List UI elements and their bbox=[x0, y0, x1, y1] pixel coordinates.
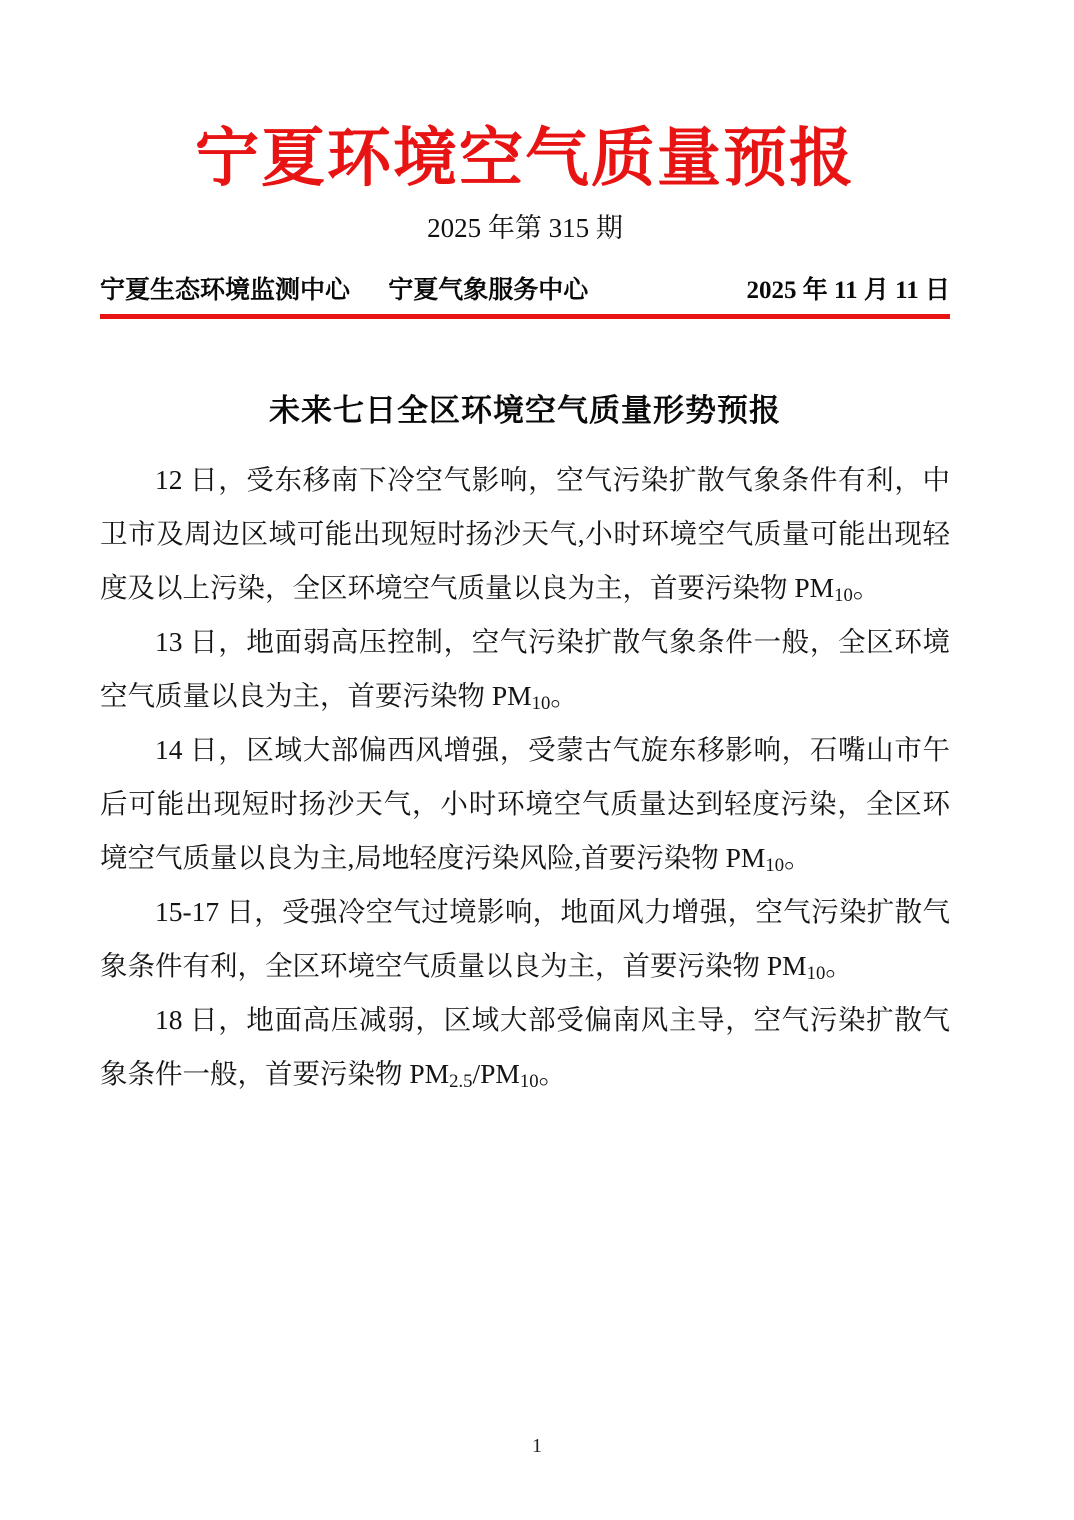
issue-number: 2025 年第 315 期 bbox=[100, 212, 950, 244]
document-title: 宁夏环境空气质量预报 bbox=[100, 122, 950, 196]
forecast-paragraphs: 12 日，受东移南下冷空气影响，空气污染扩散气象条件有利，中卫市及周边区域可能出… bbox=[100, 453, 950, 1101]
red-divider-rule bbox=[100, 314, 950, 319]
section-title: 未来七日全区环境空气质量形势预报 bbox=[100, 391, 950, 431]
paragraph-text: 。 bbox=[825, 950, 853, 981]
pollutant-subscript: 2.5 bbox=[449, 1071, 472, 1092]
paragraph-text: 。 bbox=[539, 1058, 567, 1089]
pollutant-subscript: 10 bbox=[765, 855, 784, 876]
page-number: 1 bbox=[0, 1435, 1074, 1458]
paragraph-text: 13 日，地面弱高压控制，空气污染扩散气象条件一般，全区环境空气质量以良为主，首… bbox=[100, 626, 950, 711]
org-date-row: 宁夏生态环境监测中心 宁夏气象服务中心 2025 年 11 月 11 日 bbox=[100, 270, 950, 306]
paragraph-text: 。 bbox=[784, 842, 812, 873]
forecast-paragraph: 12 日，受东移南下冷空气影响，空气污染扩散气象条件有利，中卫市及周边区域可能出… bbox=[100, 453, 950, 615]
paragraph-text: 12 日，受东移南下冷空气影响，空气污染扩散气象条件有利，中卫市及周边区域可能出… bbox=[100, 464, 950, 603]
pollutant-subscript: 10 bbox=[807, 963, 826, 984]
paragraph-text: 。 bbox=[550, 680, 578, 711]
pollutant-subscript: 10 bbox=[532, 693, 551, 714]
paragraph-text: 14 日，区域大部偏西风增强，受蒙古气旋东移影响，石嘴山市午后可能出现短时扬沙天… bbox=[100, 734, 950, 873]
org-monitoring-center: 宁夏生态环境监测中心 bbox=[100, 270, 350, 306]
document-page: 宁夏环境空气质量预报 2025 年第 315 期 宁夏生态环境监测中心 宁夏气象… bbox=[0, 0, 1074, 1520]
forecast-paragraph: 13 日，地面弱高压控制，空气污染扩散气象条件一般，全区环境空气质量以良为主，首… bbox=[100, 615, 950, 723]
forecast-paragraph: 15-17 日，受强冷空气过境影响，地面风力增强，空气污染扩散气象条件有利，全区… bbox=[100, 885, 950, 993]
paragraph-text: 。 bbox=[853, 572, 881, 603]
pollutant-subscript: 10 bbox=[834, 585, 853, 606]
forecast-paragraph: 14 日，区域大部偏西风增强，受蒙古气旋东移影响，石嘴山市午后可能出现短时扬沙天… bbox=[100, 723, 950, 885]
forecast-paragraph: 18 日，地面高压减弱，区域大部受偏南风主导，空气污染扩散气象条件一般，首要污染… bbox=[100, 993, 950, 1101]
paragraph-text: /PM bbox=[472, 1058, 519, 1089]
org-meteorological-center: 宁夏气象服务中心 bbox=[388, 270, 588, 306]
issue-date: 2025 年 11 月 11 日 bbox=[747, 270, 951, 306]
pollutant-subscript: 10 bbox=[520, 1071, 539, 1092]
